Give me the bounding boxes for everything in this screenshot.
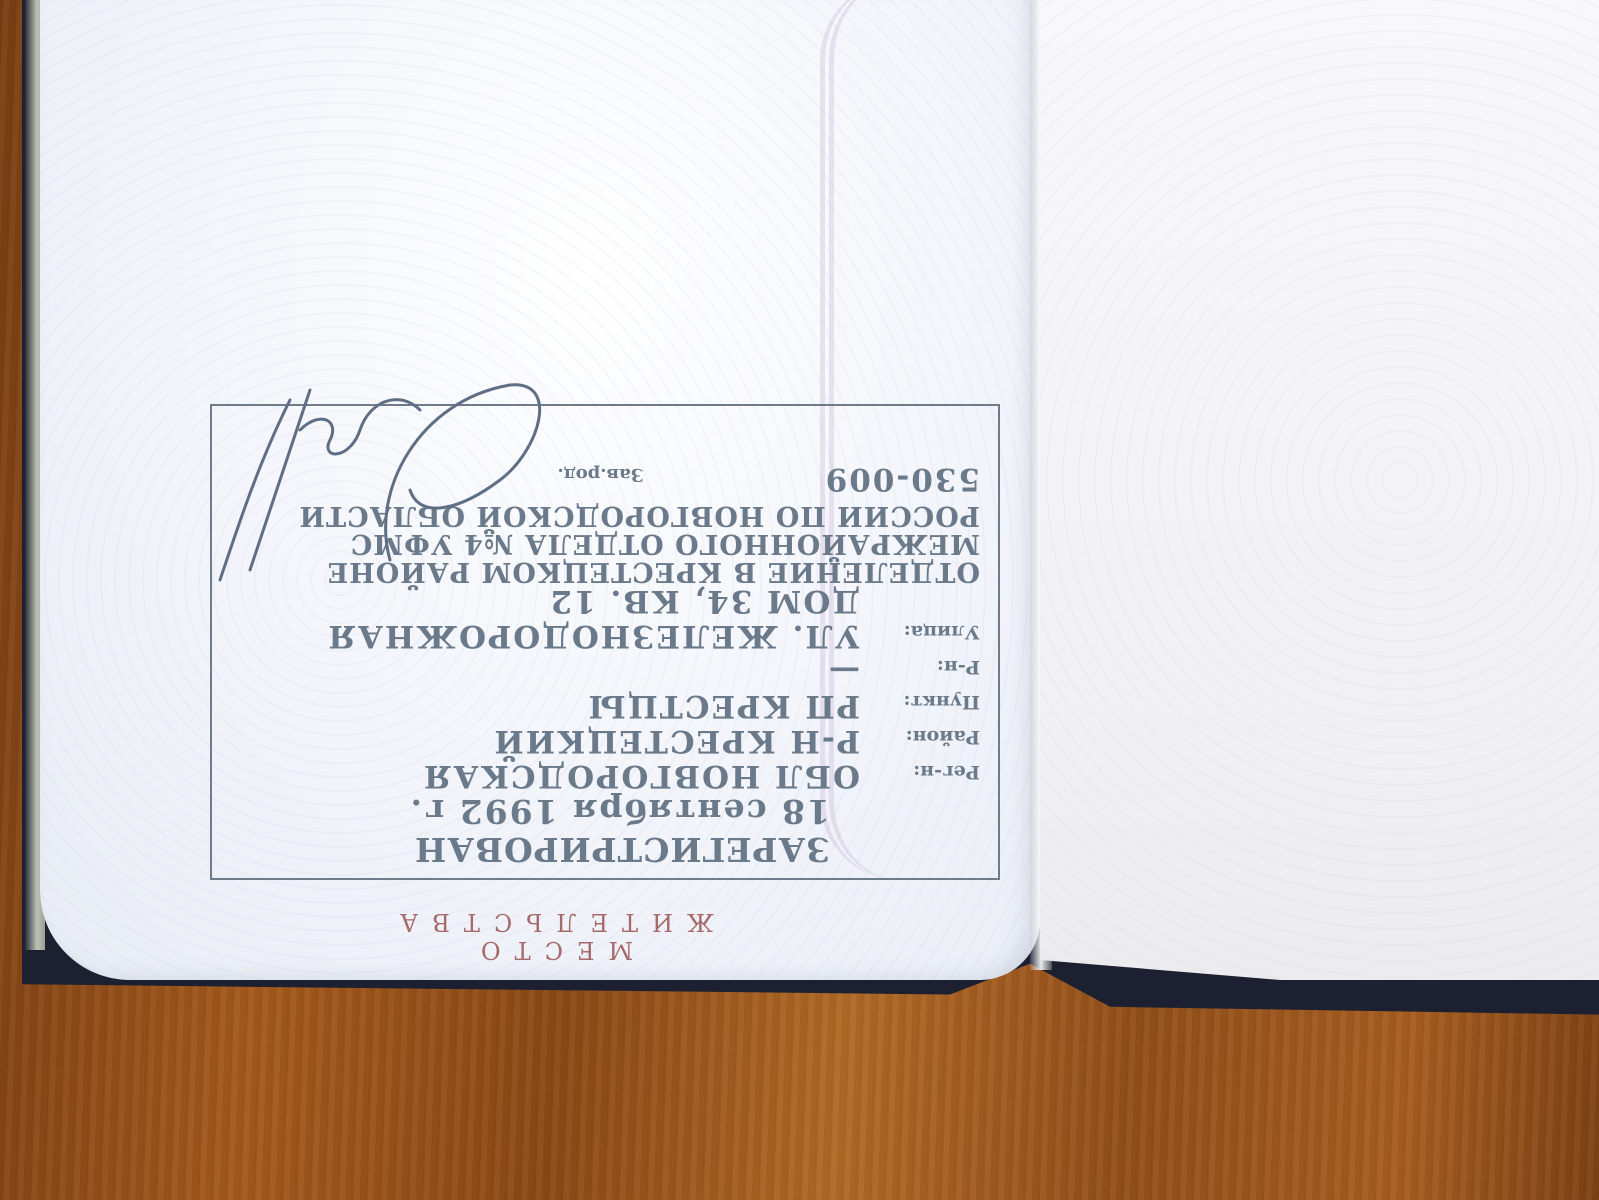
stamp-date: 18 сентября 1992 г.: [230, 792, 830, 830]
stamp-field-street: Улица: УЛ. ЖЕЛЕЗНОДОРОЖНАЯ: [230, 617, 980, 652]
handwritten-signature: [180, 370, 560, 590]
field-label: Улица:: [860, 617, 980, 647]
page-caption: МЕСТО ЖИТЕЛЬСТВА: [315, 908, 785, 964]
field-label: Р-н:: [860, 652, 980, 682]
field-label: Рег-н:: [860, 757, 980, 787]
signature-label: Зав.род.: [557, 464, 643, 485]
department-code: 530-009: [824, 461, 980, 497]
field-value: Р-Н КРЕСТЕЦКИЙ: [492, 725, 860, 757]
field-label: Пункт:: [860, 687, 980, 717]
stamp-title: ЗАРЕГИСТРИРОВАН: [230, 830, 830, 868]
field-value: —: [827, 655, 860, 687]
field-value: РП КРЕСТЦЫ: [587, 690, 860, 722]
stamp-field-locality: Пункт: РП КРЕСТЦЫ: [230, 687, 980, 722]
stamp-field-subdistrict: Р-н: —: [230, 652, 980, 687]
field-value: УЛ. ЖЕЛЕЗНОДОРОЖНАЯ: [326, 620, 860, 652]
field-value: ОБЛ НОВГОРОДСКАЯ: [422, 760, 860, 792]
passport-page-right-blank: [1040, 0, 1599, 980]
field-label: Район:: [860, 722, 980, 752]
stamp-field-district: Район: Р-Н КРЕСТЕЦКИЙ: [230, 722, 980, 757]
stamp-field-region: Рег-н: ОБЛ НОВГОРОДСКАЯ: [230, 757, 980, 792]
field-value: ДОМ 34, КВ. 12: [548, 585, 860, 617]
